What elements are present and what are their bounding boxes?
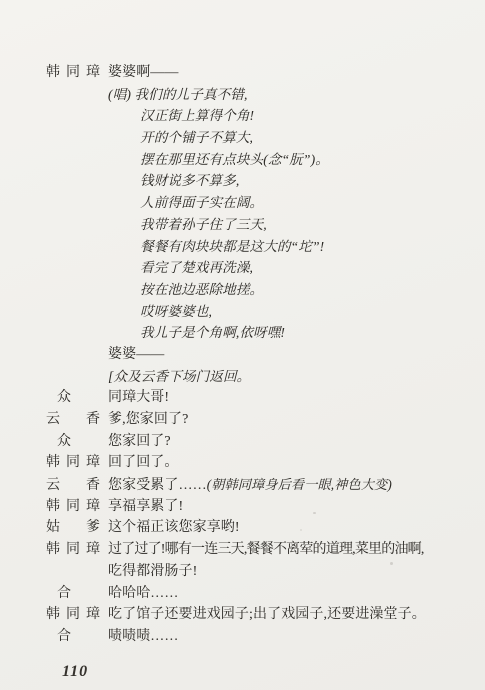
script-line: 韩同璋过了过了!哪有一连三天,餐餐不离荤的道理,菜里的油啊, [0,539,485,561]
dialogue-text: 您家回了? [108,431,171,453]
dialogue-text: 吃得都滑肠子! [108,561,197,583]
script-line: 合啧啧啧…… [0,626,485,648]
scan-speckle [313,512,316,514]
script-line: 韩同璋回了回了。 [0,452,485,474]
script-line: 看完了楚戏再洗澡, [0,257,485,279]
script-line: (唱) 我们的儿子真不错, [0,84,485,106]
scan-speckle [390,562,393,565]
stage-direction: [众及云香下场门返回。 [108,366,250,388]
speaker-name: 云香 [46,409,100,431]
lyric-text: 餐餐有肉块块都是这大的“坨”! [140,236,324,258]
speaker-name: 众 [46,431,100,453]
speaker-name: 韩同璋 [46,496,100,518]
lyric-text: 哎呀婆婆也, [140,301,212,323]
lyric-text: 摆在那里还有点块头(念“朊”)。 [140,149,329,171]
script-line: 韩同璋婆婆啊—— [0,62,485,84]
lyric-text: 我儿子是个角啊,依呀嘿! [140,322,285,344]
script-line: 众同璋大哥! [0,387,485,409]
dialogue-text: 婆婆—— [108,344,164,366]
dialogue-text: 同璋大哥! [108,387,169,409]
script-line: 韩同璋吃了馆子还要进戏园子;出了戏园子,还要进澡堂子。 [0,604,485,626]
dialogue-text: 哈哈哈…… [108,583,179,605]
speaker-name: 韩同璋 [46,604,100,626]
script-line: 众您家回了? [0,431,485,453]
lyric-text: (唱) 我们的儿子真不错, [108,84,248,106]
script-line: 云香爹,您家回了? [0,409,485,431]
dialogue-text: 啧啧啧…… [108,626,179,648]
script-line: 汉正街上算得个角! [0,105,485,127]
script-line: [众及云香下场门返回。 [0,366,485,388]
script-line: 婆婆—— [0,344,485,366]
script-line: 云香您家受累了……(朝韩同璋身后看一眼,神色大变) [0,474,485,496]
script-line: 我儿子是个角啊,依呀嘿! [0,322,485,344]
speaker-name: 合 [46,583,100,605]
lyric-text: 钱财说多不算多, [140,170,239,192]
speaker-name: 云香 [46,475,100,497]
lyric-text: 开的个铺子不算大, [140,127,253,149]
script-body: 韩同璋婆婆啊——(唱) 我们的儿子真不错,汉正街上算得个角!开的个铺子不算大,摆… [0,0,485,648]
speaker-name: 众 [46,387,100,409]
lyric-text: 按在池边恶除地搓。 [140,279,263,301]
dialogue-text: 过了过了!哪有一连三天,餐餐不离荤的道理,菜里的油啊, [108,539,424,561]
script-line: 吃得都滑肠子! [0,561,485,583]
dialogue-text: 享福享累了! [108,496,183,518]
lyric-text: 汉正街上算得个角! [140,105,254,127]
book-page: 韩同璋婆婆啊——(唱) 我们的儿子真不错,汉正街上算得个角!开的个铺子不算大,摆… [0,0,485,690]
speaker-name: 韩同璋 [46,452,100,474]
lyric-text: 看完了楚戏再洗澡, [140,257,253,279]
script-line: 餐餐有肉块块都是这大的“坨”! [0,236,485,258]
dialogue-text: 回了回了。 [108,452,179,474]
dialogue-text: 吃了馆子还要进戏园子;出了戏园子,还要进澡堂子。 [108,604,426,626]
script-line: 韩同璋享福享累了! [0,496,485,518]
dialogue-text: 这个福正该您家享哟! [108,517,240,539]
dialogue-text: 爹,您家回了? [108,409,188,431]
lyric-text: 人前得面子实在阔。 [140,192,263,214]
speaker-name: 姑爹 [46,517,100,539]
script-line: 哎呀婆婆也, [0,301,485,323]
script-line: 姑爹这个福正该您家享哟! [0,517,485,539]
lyric-text: 我带着孙子住了三天, [140,214,267,236]
script-line: 按在池边恶除地搓。 [0,279,485,301]
dialogue-text: 婆婆啊—— [108,62,179,84]
script-line: 人前得面子实在阔。 [0,192,485,214]
script-line: 合哈哈哈…… [0,583,485,605]
inline-stage-note: (朝韩同璋身后看一眼,神色大变) [207,477,392,492]
speaker-name: 韩同璋 [46,62,100,84]
page-number: 110 [62,663,485,681]
speaker-name: 韩同璋 [46,539,100,561]
script-line: 开的个铺子不算大, [0,127,485,149]
script-line: 摆在那里还有点块头(念“朊”)。 [0,149,485,171]
dialogue-text: 您家受累了……(朝韩同璋身后看一眼,神色大变) [108,474,392,497]
scan-speckle [300,529,302,531]
script-line: 钱财说多不算多, [0,170,485,192]
speaker-name: 合 [46,626,100,648]
script-line: 我带着孙子住了三天, [0,214,485,236]
